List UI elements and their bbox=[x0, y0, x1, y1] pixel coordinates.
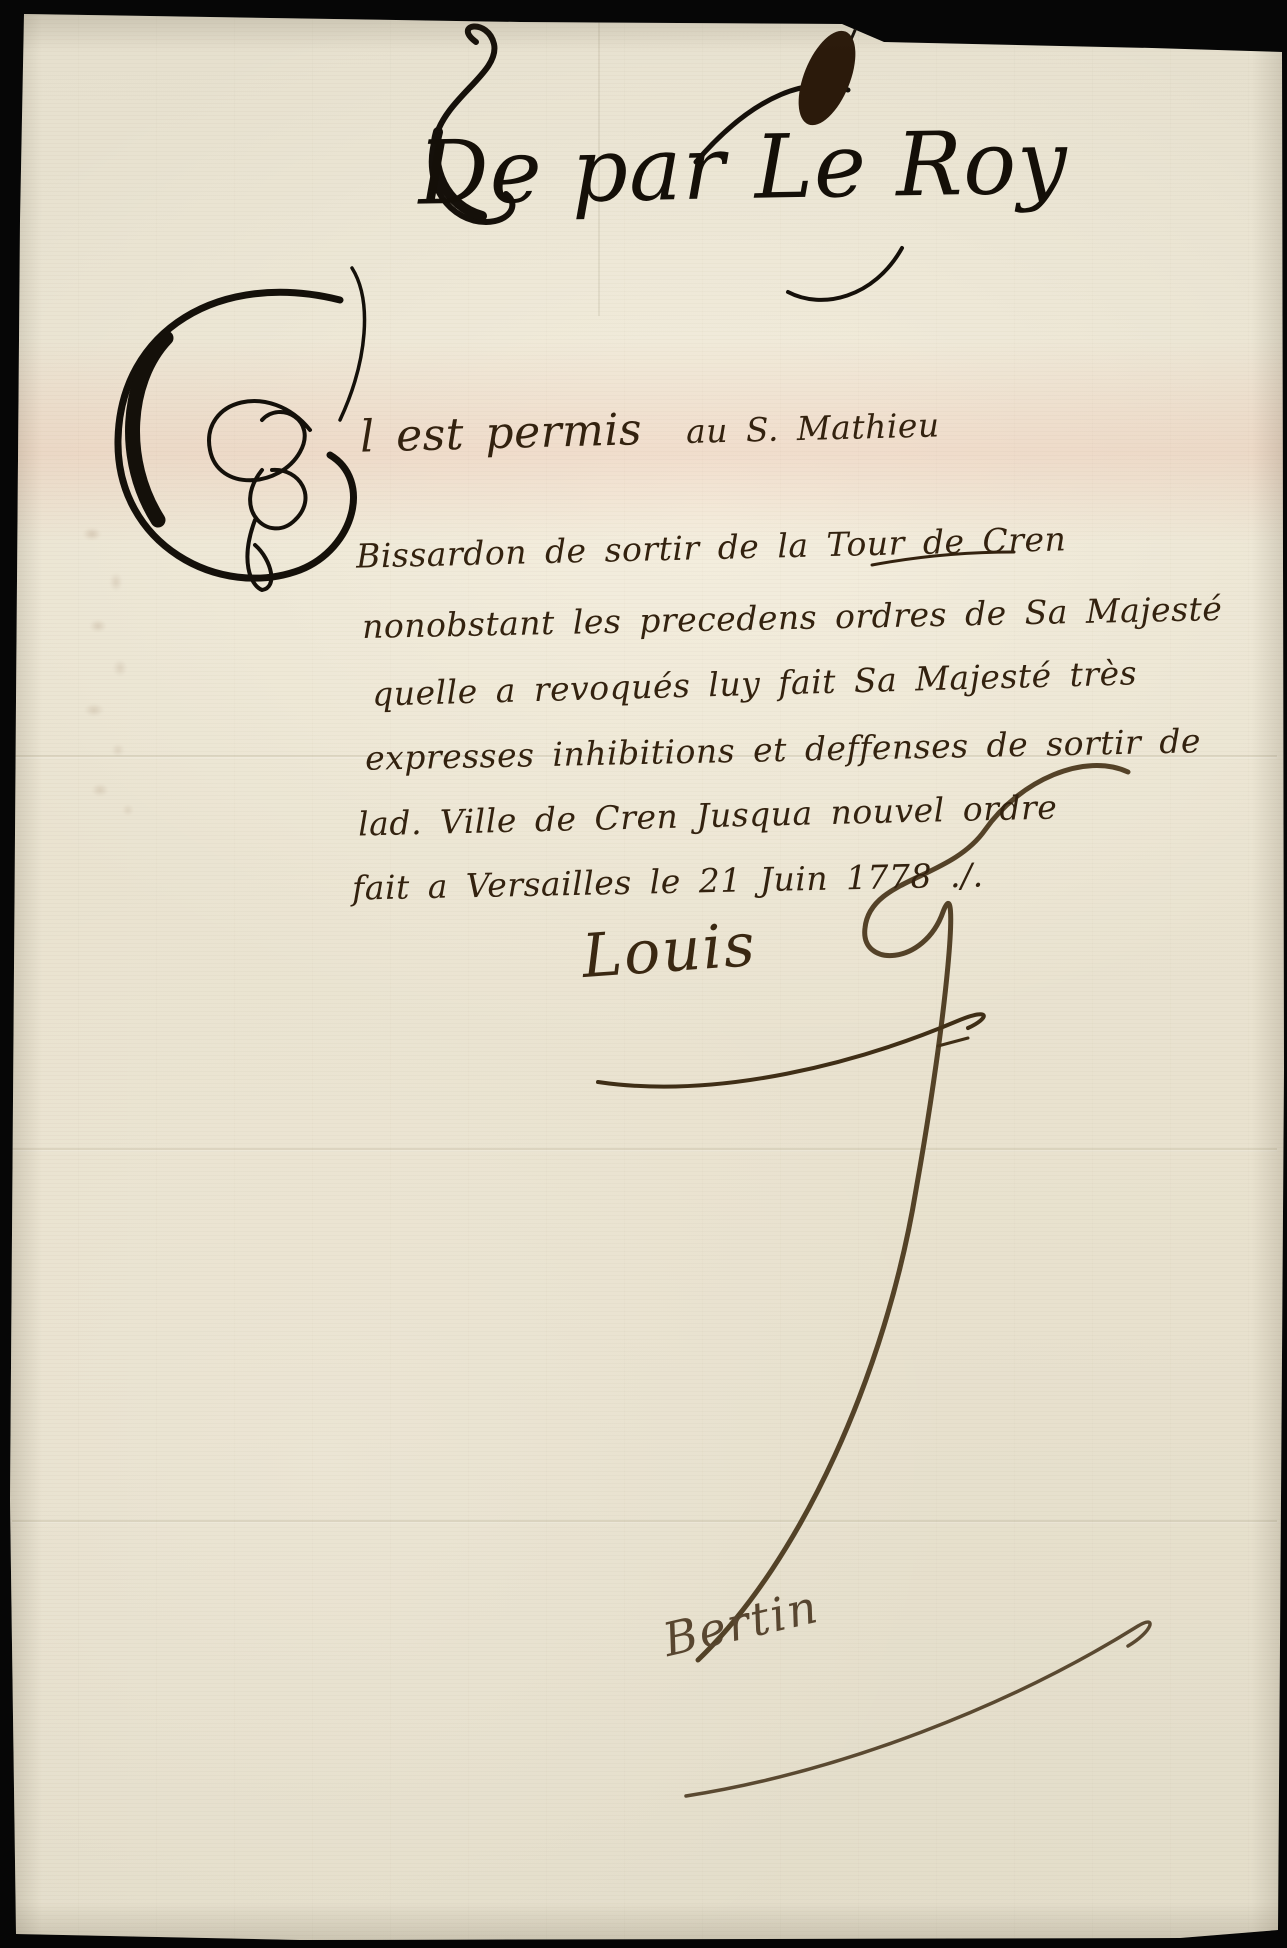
ink-showthrough-stains bbox=[58, 498, 168, 828]
royal-signature: Louis bbox=[580, 910, 759, 992]
countersignature: Bertin bbox=[658, 1579, 824, 1667]
body-line-lead: l est permis bbox=[359, 404, 642, 462]
louis-paraph-underline bbox=[598, 1014, 984, 1086]
document-page: De par Le Roy I l est permisau S. Mathie… bbox=[0, 0, 1287, 1948]
horizontal-fold-line bbox=[12, 1520, 1277, 1522]
body-line: Bissardon de sortir de la Tour de Cren bbox=[356, 519, 1067, 575]
body-line: expresses inhibitions et deffenses de so… bbox=[365, 721, 1202, 778]
body-line-rest: au S. Mathieu bbox=[686, 405, 941, 451]
body-line: nonobstant les precedens ordres de Sa Ma… bbox=[362, 589, 1223, 646]
body-line: l est permisau S. Mathieu bbox=[359, 396, 940, 462]
body-line-dateline: fait a Versailles le 21 Juin 1778 ./. bbox=[352, 855, 984, 907]
body-line: lad. Ville de Cren Jusqua nouvel ordre bbox=[358, 787, 1058, 843]
royal-paraph-flourish bbox=[698, 765, 1128, 1660]
document-heading: De par Le Roy bbox=[417, 110, 1069, 224]
body-line: quelle a revoqués luy fait Sa Majesté tr… bbox=[372, 653, 1138, 713]
countersignature-flourish bbox=[686, 1622, 1150, 1796]
ornate-initial-flourish bbox=[118, 268, 365, 590]
horizontal-fold-line bbox=[12, 1148, 1277, 1150]
ornate-initial-letter: I bbox=[0, 0, 1, 1]
scanned-manuscript: De par Le Roy I l est permisau S. Mathie… bbox=[0, 0, 1287, 1948]
